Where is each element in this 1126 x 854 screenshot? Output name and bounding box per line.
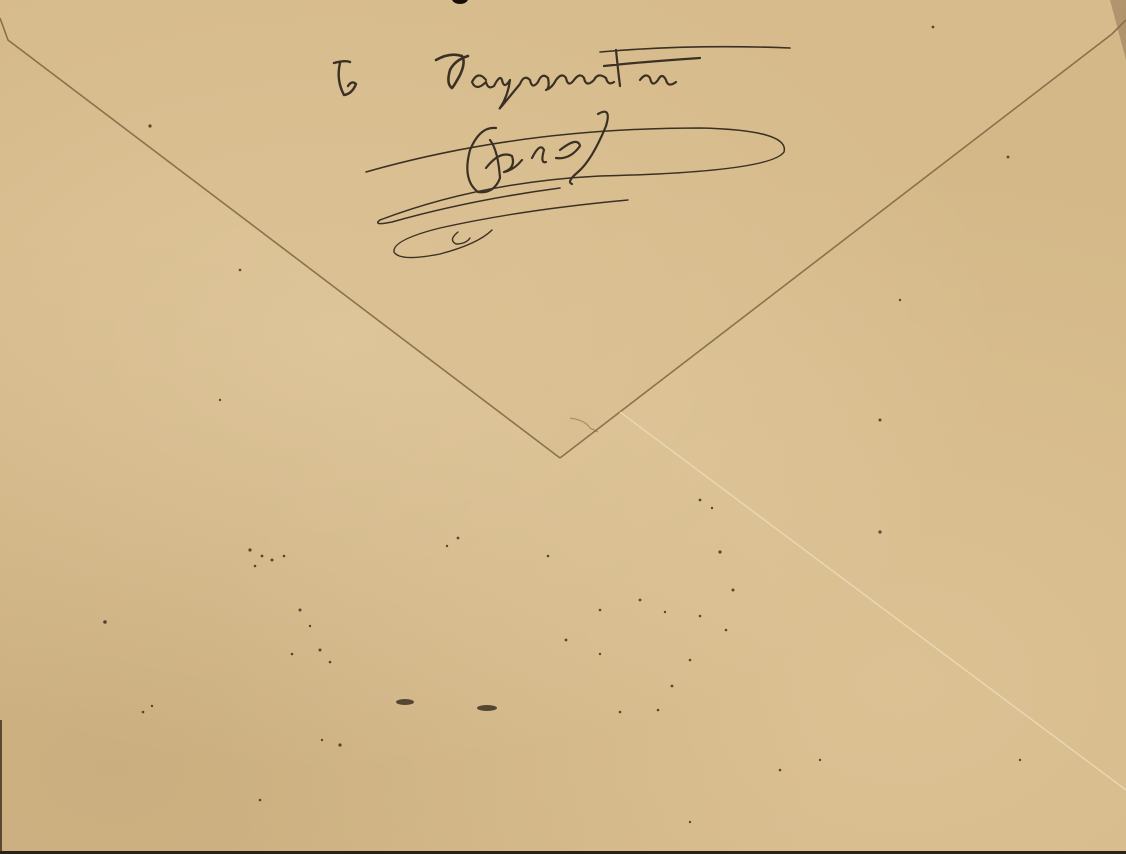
envelope-back: v. Vaqueseneta Gall xyxy=(0,0,1126,854)
postmark-cancellation xyxy=(103,26,1021,824)
postmark-layer xyxy=(0,0,1126,854)
left-edge-shadow xyxy=(0,720,2,854)
